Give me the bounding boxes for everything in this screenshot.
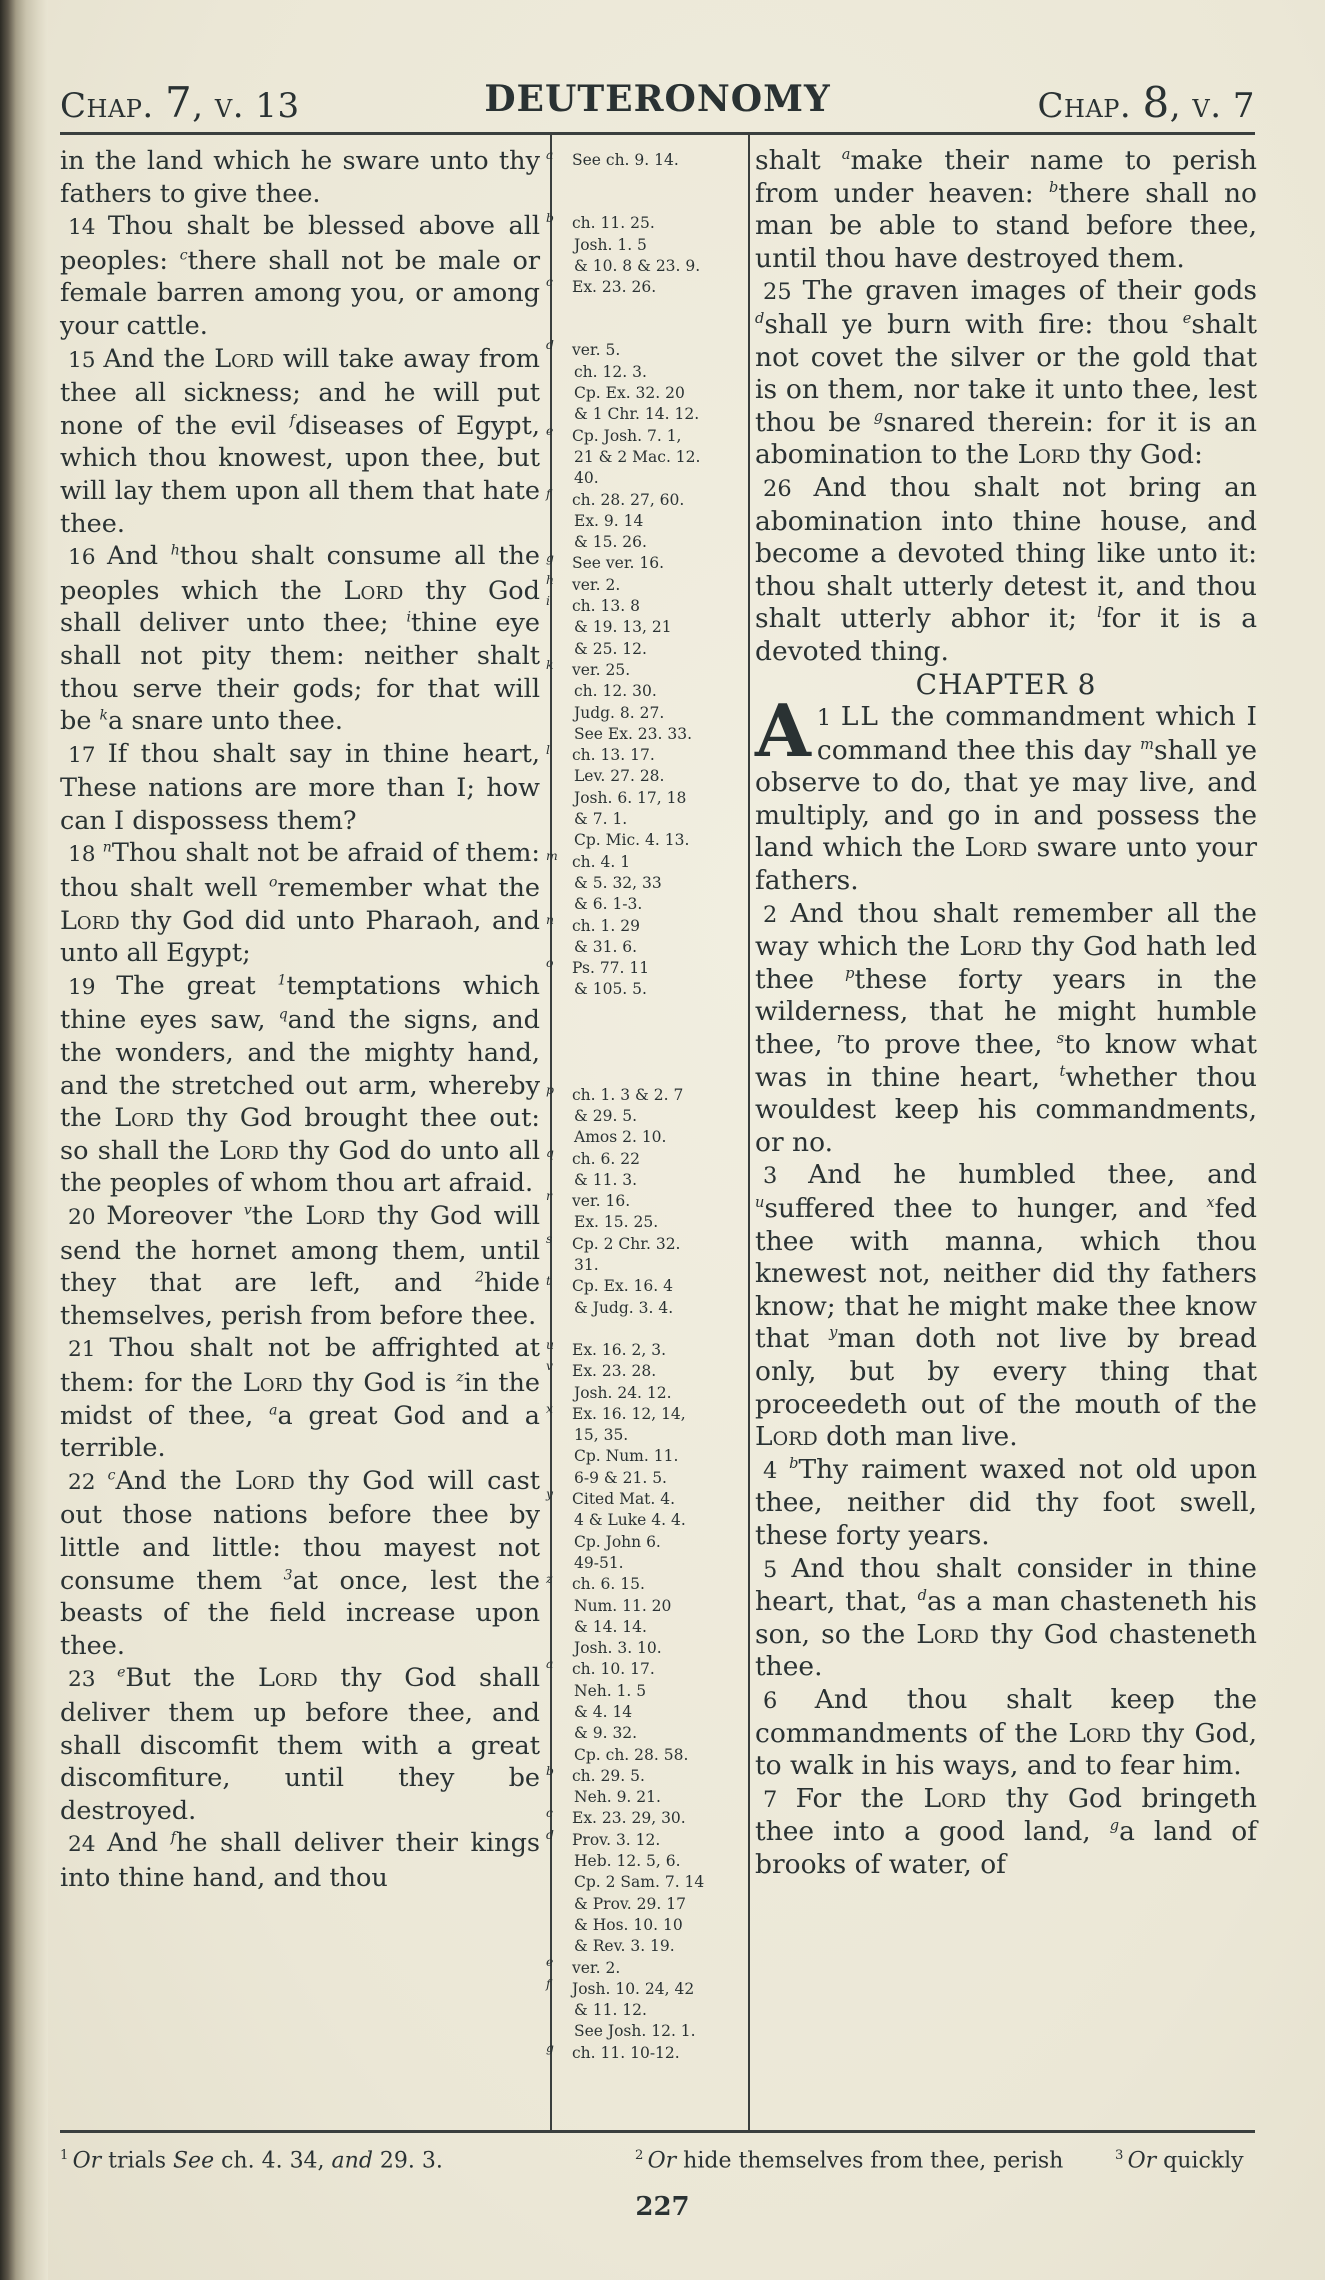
cross-reference-line: Josh. 3. 10. <box>560 1638 745 1659</box>
cross-reference-line: cEx. 23. 26. <box>560 277 745 298</box>
cross-reference: nch. 1. 29& 31. 6. <box>560 916 745 959</box>
cross-reference-line: sCp. 2 Chr. 32. <box>560 1234 745 1255</box>
verse-number: 16 <box>68 545 107 570</box>
verse: 5 And thou shalt consider in thine heart… <box>755 1553 1257 1684</box>
cross-reference-line: Cp. Mic. 4. 13. <box>560 830 745 851</box>
cross-reference-line: dProv. 3. 12. <box>560 1830 745 1851</box>
footnote: 1 Or trials See ch. 4. 34, and 29. 3. <box>60 2148 443 2173</box>
cross-reference: dver. 5.ch. 12. 3.Cp. Ex. 32. 20& 1 Chr.… <box>560 340 745 425</box>
verse: 16 And hthou shalt consume all the peopl… <box>60 540 540 738</box>
reference-marker: 2 <box>475 1270 484 1286</box>
cross-reference-line: Heb. 12. 5, 6. <box>560 1851 745 1872</box>
cross-reference-line: Amos 2. 10. <box>560 1127 745 1148</box>
cross-reference-line: Josh. 1. 5 <box>560 235 745 256</box>
reference-marker: s <box>1057 1030 1064 1047</box>
reference-marker: x <box>1206 1194 1214 1211</box>
divine-name: Lord <box>305 1201 365 1231</box>
cross-reference: tCp. Ex. 16. 4& Judg. 3. 4. <box>560 1276 745 1319</box>
reference-marker: k <box>100 708 109 724</box>
cross-reference-line: tCp. Ex. 16. 4 <box>560 1276 745 1297</box>
verse-number: 18 <box>68 842 103 867</box>
reference-marker: h <box>171 543 180 559</box>
cross-reference: qch. 6. 22& 11. 3. <box>560 1149 745 1192</box>
cross-reference-line: & Hos. 10. 10 <box>560 1915 745 1936</box>
cross-reference: dProv. 3. 12.Heb. 12. 5, 6.Cp. 2 Sam. 7.… <box>560 1830 745 1958</box>
chap-label: Chap. <box>1038 86 1132 126</box>
cross-reference: fJosh. 10. 24, 42& 11. 12.See Josh. 12. … <box>560 1979 745 2043</box>
book-binding-gutter <box>0 0 48 2280</box>
cross-reference: gch. 11. 10-12. <box>560 2043 745 2064</box>
cross-reference-line: & 4. 14 <box>560 1702 745 1723</box>
right-text-column: shalt amake their name to perish from un… <box>755 145 1257 1881</box>
reference-marker: n <box>103 840 112 856</box>
cross-reference: ever. 2. <box>560 1958 745 1979</box>
reference-marker: i <box>407 610 411 626</box>
divine-name: Lord <box>916 1619 979 1650</box>
verse-number: 14 <box>68 215 108 240</box>
verse-number: 23 <box>68 1667 117 1692</box>
footnote-or: Or <box>73 2148 102 2173</box>
divine-name: Lord <box>258 1663 318 1693</box>
cross-reference: gSee ver. 16. <box>560 553 745 574</box>
cross-reference-line: Ex. 9. 14 <box>560 511 745 532</box>
cross-reference-line: qch. 6. 22 <box>560 1149 745 1170</box>
cross-reference-line: rver. 16. <box>560 1191 745 1212</box>
column-divider-right <box>748 135 750 2130</box>
cross-reference-line: Cp. Ex. 32. 20 <box>560 383 745 404</box>
cross-reference-line: ach. 10. 17. <box>560 1659 745 1680</box>
cross-reference-line: xEx. 16. 12, 14, <box>560 1404 745 1425</box>
verse-number: 1 <box>817 705 841 731</box>
cross-reference-line: & 11. 12. <box>560 2000 745 2021</box>
divine-name: Lord <box>60 906 120 936</box>
drop-capital: A <box>755 703 811 759</box>
cross-reference-line: & 10. 8 & 23. 9. <box>560 256 745 277</box>
verse: 6 And thou shalt keep the commandments o… <box>755 1684 1257 1783</box>
footer-rule <box>60 2130 1255 2133</box>
cross-reference: cEx. 23. 29, 30. <box>560 1808 745 1829</box>
verse: 22 cAnd the Lord thy God will cast out t… <box>60 1465 540 1663</box>
reference-marker: a <box>842 146 851 163</box>
cross-reference-line: & 1 Chr. 14. 12. <box>560 404 745 425</box>
footnote-or: Or <box>1128 2148 1157 2173</box>
reference-marker: r <box>837 1030 844 1047</box>
verse-number: 25 <box>763 279 803 305</box>
cross-reference: vEx. 23. 28.Josh. 24. 12. <box>560 1361 745 1404</box>
cross-reference-line: 15, 35. <box>560 1425 745 1446</box>
cross-reference: pch. 1. 3 & 2. 7& 29. 5.Amos 2. 10. <box>560 1085 745 1149</box>
verse-number: 22 <box>68 1470 108 1495</box>
cross-reference-line: gch. 11. 10-12. <box>560 2043 745 2064</box>
cross-reference-line: Lev. 27. 28. <box>560 766 745 787</box>
divine-name: Lord <box>114 1103 174 1133</box>
verse-number: 2 <box>763 902 790 928</box>
verse: 17 If thou shalt say in thine heart, The… <box>60 738 540 838</box>
cross-reference-line: fJosh. 10. 24, 42 <box>560 1979 745 2000</box>
cross-reference: uEx. 16. 2, 3. <box>560 1340 745 1361</box>
page-number: 227 <box>0 2192 1325 2222</box>
cross-reference-line: lch. 13. 17. <box>560 745 745 766</box>
reference-marker: m <box>1140 736 1154 753</box>
reference-marker: o <box>269 875 277 891</box>
reference-marker: c <box>180 247 188 263</box>
reference-marker: c <box>108 1467 116 1483</box>
cross-reference: cEx. 23. 26. <box>560 277 745 298</box>
cross-reference-line: Neh. 9. 21. <box>560 1787 745 1808</box>
verse: 1 ALL the commandment which I command th… <box>755 701 1257 898</box>
verse-label: , v. <box>1170 86 1222 126</box>
cross-reference-line: eCp. Josh. 7. 1, <box>560 426 745 447</box>
cross-reference-line: nch. 1. 29 <box>560 916 745 937</box>
cross-reference: yCited Mat. 4.4 & Luke 4. 4.Cp. John 6.4… <box>560 1489 745 1574</box>
divine-name: Lord <box>965 832 1028 863</box>
cross-reference-line: & 9. 32. <box>560 1723 745 1744</box>
reference-marker: p <box>845 965 854 982</box>
verse: 20 Moreover vthe Lord thy God will send … <box>60 1200 540 1332</box>
cross-reference-line: & 11. 3. <box>560 1170 745 1191</box>
running-header: Chap. 7, v. 13 DEUTERONOMY Chap. 8, v. 7 <box>60 78 1255 128</box>
verse-number: 5 <box>763 1557 791 1583</box>
cross-reference-line: 31. <box>560 1255 745 1276</box>
cross-reference-line: Cp. Num. 11. <box>560 1446 745 1467</box>
reference-marker: f <box>290 412 295 428</box>
cross-reference-line: Cp. ch. 28. 58. <box>560 1745 745 1766</box>
cross-reference-line: Neh. 1. 5 <box>560 1681 745 1702</box>
verse: 25 The graven images of their gods dshal… <box>755 275 1257 472</box>
cross-reference-line: Cp. John 6. <box>560 1532 745 1553</box>
divine-name: Lord <box>214 344 274 374</box>
cross-reference-column: aSee ch. 9. 14.bch. 11. 25.Josh. 1. 5& 1… <box>560 150 745 2064</box>
cross-reference-line: See Josh. 12. 1. <box>560 2021 745 2042</box>
cross-reference-line: Josh. 24. 12. <box>560 1383 745 1404</box>
cross-reference-line: pch. 1. 3 & 2. 7 <box>560 1085 745 1106</box>
opening-small-caps: LL <box>841 701 880 732</box>
verse: 3 And he humbled thee, and usuffered the… <box>755 1159 1257 1453</box>
cross-reference-line: gSee ver. 16. <box>560 553 745 574</box>
verse-number: 15 <box>68 348 103 373</box>
verse-number: 24 <box>68 1832 107 1857</box>
reference-marker: g <box>1110 1817 1119 1834</box>
cross-reference-line: bch. 11. 25. <box>560 213 745 234</box>
header-chapter-end: Chap. 8, v. 7 <box>1038 78 1256 127</box>
reference-marker: d <box>918 1587 927 1604</box>
cross-reference-line: ever. 2. <box>560 1958 745 1979</box>
verse: 14 Thou shalt be blessed above all peopl… <box>60 210 540 342</box>
verse-number: 19 <box>68 975 116 1000</box>
verse-number: 20 <box>68 1205 106 1230</box>
chapter-number: 8 <box>1143 78 1170 127</box>
footnote-number: 2 <box>635 2148 648 2163</box>
cross-reference-line: 40. <box>560 468 745 489</box>
footnote-see: See <box>173 2148 214 2173</box>
cross-reference-line: mch. 4. 1 <box>560 852 745 873</box>
footnote-number: 1 <box>60 2148 73 2163</box>
cross-reference-line: Judg. 8. 27. <box>560 703 745 724</box>
reference-marker: g <box>874 408 883 425</box>
reference-marker: 3 <box>284 1567 293 1583</box>
cross-reference: kver. 25.ch. 12. 30.Judg. 8. 27.See Ex. … <box>560 660 745 745</box>
reference-marker: f <box>171 1830 176 1846</box>
cross-reference-line: ch. 12. 30. <box>560 681 745 702</box>
cross-reference-line: Josh. 6. 17, 18 <box>560 788 745 809</box>
verse: 7 For the Lord thy God bringeth thee int… <box>755 1783 1257 1882</box>
reference-marker: q <box>279 1007 288 1023</box>
divine-name: Lord <box>235 1466 295 1496</box>
cross-reference: sCp. 2 Chr. 32.31. <box>560 1234 745 1277</box>
cross-reference-line: 49-51. <box>560 1553 745 1574</box>
verse-number: 21 <box>68 1337 109 1362</box>
cross-reference: eCp. Josh. 7. 1,21 & 2 Mac. 12.40. <box>560 426 745 490</box>
footnote: 2 Or hide themselves from thee, perish <box>635 2148 1063 2173</box>
divine-name: Lord <box>219 1136 279 1166</box>
cross-reference-line: & 31. 6. <box>560 937 745 958</box>
cross-reference-line: oPs. 77. 11 <box>560 958 745 979</box>
cross-reference-line: See Ex. 23. 33. <box>560 724 745 745</box>
cross-reference-line: zch. 6. 15. <box>560 1574 745 1595</box>
cross-reference: rver. 16.Ex. 15. 25. <box>560 1191 745 1234</box>
cross-reference-line: 4 & Luke 4. 4. <box>560 1510 745 1531</box>
divine-name: Lord <box>959 931 1022 962</box>
cross-reference-line: & 15. 26. <box>560 532 745 553</box>
cross-reference-line: aSee ch. 9. 14. <box>560 150 745 171</box>
verse-number: 17 <box>68 743 108 768</box>
divine-name: Lord <box>344 576 404 606</box>
reference-marker: b <box>789 1455 798 1472</box>
verse-number: 3 <box>763 1163 808 1189</box>
cross-reference-line: uEx. 16. 2, 3. <box>560 1340 745 1361</box>
left-text-column: in the land which he sware unto thy fath… <box>60 145 540 1894</box>
cross-reference-line: 6-9 & 21. 5. <box>560 1468 745 1489</box>
cross-reference-line: Ex. 15. 25. <box>560 1212 745 1233</box>
cross-reference: mch. 4. 1& 5. 32, 33& 6. 1-3. <box>560 852 745 916</box>
verse-number: 26 <box>763 476 813 502</box>
cross-reference-line: fch. 28. 27, 60. <box>560 490 745 511</box>
verse: 15 And the Lord will take away from thee… <box>60 343 540 541</box>
cross-reference: aSee ch. 9. 14. <box>560 150 745 171</box>
cross-reference: zch. 6. 15.Num. 11. 20& 14. 14.Josh. 3. … <box>560 1574 745 1659</box>
reference-marker: y <box>829 1325 837 1342</box>
cross-reference: hver. 2. <box>560 575 745 596</box>
chapter-heading: CHAPTER 8 <box>755 669 1257 702</box>
cross-reference: lch. 13. 17.Lev. 27. 28.Josh. 6. 17, 18&… <box>560 745 745 851</box>
cross-reference-line: hver. 2. <box>560 575 745 596</box>
cross-reference-line: yCited Mat. 4. <box>560 1489 745 1510</box>
divine-name: Lord <box>243 1368 303 1398</box>
cross-reference: ich. 13. 8& 19. 13, 21& 25. 12. <box>560 596 745 660</box>
verse: 26 And thou shalt not bring an abominati… <box>755 472 1257 669</box>
verse: 18 nThou shalt not be afraid of them: th… <box>60 837 540 969</box>
verse-number: 6 <box>763 1688 815 1714</box>
verse: 24 And fhe shall deliver their kings int… <box>60 1827 540 1894</box>
verse-number: 7 <box>1233 86 1255 126</box>
cross-reference-line: & Judg. 3. 4. <box>560 1298 745 1319</box>
divine-name: Lord <box>1068 1718 1131 1749</box>
cross-reference: oPs. 77. 11& 105. 5. <box>560 958 745 1001</box>
footnote-number: 3 <box>1115 2148 1128 2163</box>
verse: 23 eBut the Lord thy God shall deliver t… <box>60 1662 540 1827</box>
cross-reference-line: ch. 12. 3. <box>560 362 745 383</box>
divine-name: Lord <box>1018 439 1081 470</box>
verse-number: 4 <box>763 1458 789 1484</box>
cross-reference-line: cEx. 23. 29, 30. <box>560 1808 745 1829</box>
cross-reference: ach. 10. 17.Neh. 1. 5& 4. 14& 9. 32.Cp. … <box>560 1659 745 1765</box>
cross-reference-line: bch. 29. 5. <box>560 1766 745 1787</box>
cross-reference: xEx. 16. 12, 14,15, 35.Cp. Num. 11.6-9 &… <box>560 1404 745 1489</box>
cross-reference-line: Cp. 2 Sam. 7. 14 <box>560 1872 745 1893</box>
divine-name: Lord <box>755 1421 818 1452</box>
cross-reference: bch. 29. 5.Neh. 9. 21. <box>560 1766 745 1809</box>
verse-continuation: in the land which he sware unto thy fath… <box>60 145 540 210</box>
cross-reference-line: & 25. 12. <box>560 639 745 660</box>
verse: 21 Thou shalt not be affrighted at them:… <box>60 1332 540 1464</box>
cross-reference-line: 21 & 2 Mac. 12. <box>560 447 745 468</box>
divine-name: Lord <box>924 1783 987 1814</box>
reference-marker: b <box>1049 179 1058 196</box>
reference-marker: 1 <box>278 972 287 988</box>
reference-marker: a <box>269 1402 277 1418</box>
footnote-and: and <box>332 2148 373 2173</box>
verse: 19 The great 1temptations which thine ey… <box>60 970 540 1200</box>
cross-reference-line: vEx. 23. 28. <box>560 1361 745 1382</box>
cross-reference-line: ich. 13. 8 <box>560 596 745 617</box>
verse-number: 7 <box>763 1787 796 1813</box>
cross-reference-line: & 7. 1. <box>560 809 745 830</box>
reference-marker: e <box>117 1665 125 1681</box>
reference-marker: d <box>755 310 764 327</box>
cross-reference-line: & 105. 5. <box>560 979 745 1000</box>
reference-marker: t <box>1059 1063 1065 1080</box>
cross-reference: fch. 28. 27, 60.Ex. 9. 14& 15. 26. <box>560 490 745 554</box>
cross-reference-line: & 29. 5. <box>560 1106 745 1127</box>
verse: 4 bThy raiment waxed not old upon thee, … <box>755 1454 1257 1553</box>
cross-reference-line: & 5. 32, 33 <box>560 873 745 894</box>
reference-marker: e <box>1183 310 1192 327</box>
cross-reference-line: Num. 11. 20 <box>560 1596 745 1617</box>
cross-reference-line: & Rev. 3. 19. <box>560 1936 745 1957</box>
cross-reference-line: & 14. 14. <box>560 1617 745 1638</box>
reference-marker: u <box>755 1194 764 1211</box>
footnote: 3 Or quickly <box>1115 2148 1244 2173</box>
cross-reference-line: dver. 5. <box>560 340 745 361</box>
verse: 2 And thou shalt remember all the way wh… <box>755 898 1257 1160</box>
cross-reference-line: kver. 25. <box>560 660 745 681</box>
verse-continuation: shalt amake their name to perish from un… <box>755 145 1257 275</box>
cross-reference: bch. 11. 25.Josh. 1. 5& 10. 8 & 23. 9. <box>560 213 745 277</box>
cross-reference-line: & 6. 1-3. <box>560 894 745 915</box>
reference-marker: z <box>456 1369 463 1385</box>
reference-marker: l <box>1097 604 1102 621</box>
cross-reference-line: & Prov. 29. 17 <box>560 1894 745 1915</box>
footnote-or: Or <box>648 2148 677 2173</box>
cross-reference-line: & 19. 13, 21 <box>560 617 745 638</box>
reference-marker: v <box>244 1203 252 1219</box>
header-rule <box>60 132 1255 135</box>
